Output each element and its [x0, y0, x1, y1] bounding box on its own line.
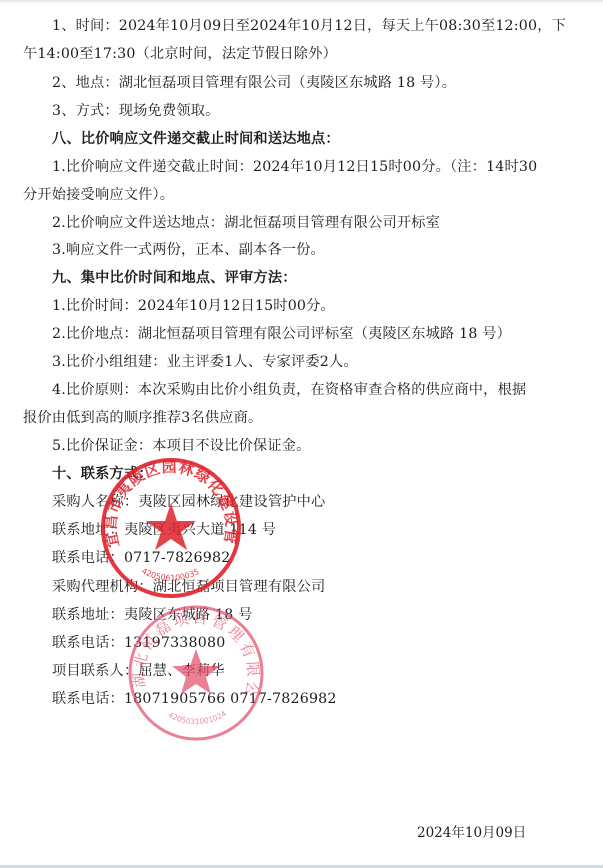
svg-text:4205031001024: 4205031001024 [167, 709, 228, 726]
text-line: 2.比价地点：湖北恒磊项目管理有限公司评标室（夷陵区东城路 18 号） [52, 325, 511, 343]
text-line: 联系地址：夷陵区东城路 18 号 [52, 606, 253, 624]
text-line: 联系电话：18071905766 0717-7826982 [52, 690, 337, 708]
text-line: 午14:00至17:30（北京时间，法定节假日除外） [23, 45, 337, 63]
document-page: 1、时间：2024年10月09日至2024年10月12日，每天上午08:30至1… [0, 0, 603, 868]
text-line: 分开始接受响应文件）。 [23, 186, 174, 204]
text-line: 1.比价时间：2024年10月12日15时00分。 [52, 297, 335, 315]
text-line: 3.比价小组组建：业主评委1人、专家评委2人。 [52, 353, 358, 371]
document-date: 2024年10月09日 [417, 824, 526, 842]
text-line: 1、时间：2024年10月09日至2024年10月12日，每天上午08:30至1… [52, 17, 566, 35]
text-line: 采购人名称：夷陵区园林绿化建设管护中心 [52, 493, 325, 511]
text-line: 2.比价响应文件送达地点：湖北恒磊项目管理有限公司开标室 [52, 214, 440, 232]
text-line: 联系地址：夷陵区夷兴大道 114 号 [52, 521, 276, 539]
text-line: 联系电话：13197338080 [52, 634, 225, 652]
text-line: 1.比价响应文件递交截止时间：2024年10月12日15时00分。（注：14时3… [52, 158, 537, 176]
section-heading: 十、联系方式： [52, 465, 153, 483]
text-line: 4.比价原则：本次采购由比价小组负责，在资格审查合格的供应商中，根据 [52, 381, 526, 399]
text-line: 5.比价保证金：本项目不设比价保证金。 [52, 437, 311, 455]
text-line: 联系电话：0717-7826982 [52, 549, 230, 567]
section-heading: 八、比价响应文件递交截止时间和送达地点： [52, 130, 340, 148]
text-line: 采购代理机构：湖北恒磊项目管理有限公司 [52, 578, 325, 596]
text-line: 3、方式：现场免费领取。 [52, 102, 220, 120]
text-line: 2、地点：湖北恒磊项目管理有限公司（夷陵区东城路 18 号）。 [52, 74, 456, 92]
text-line: 3.响应文件一式两份，正本、副本各一份。 [52, 241, 325, 259]
section-heading: 九、集中比价时间和地点、评审方法： [52, 269, 297, 287]
text-line: 项目联系人：屈慧、李莉华 [52, 662, 225, 680]
text-line: 报价由低到高的顺序推荐3名供应商。 [23, 409, 262, 427]
